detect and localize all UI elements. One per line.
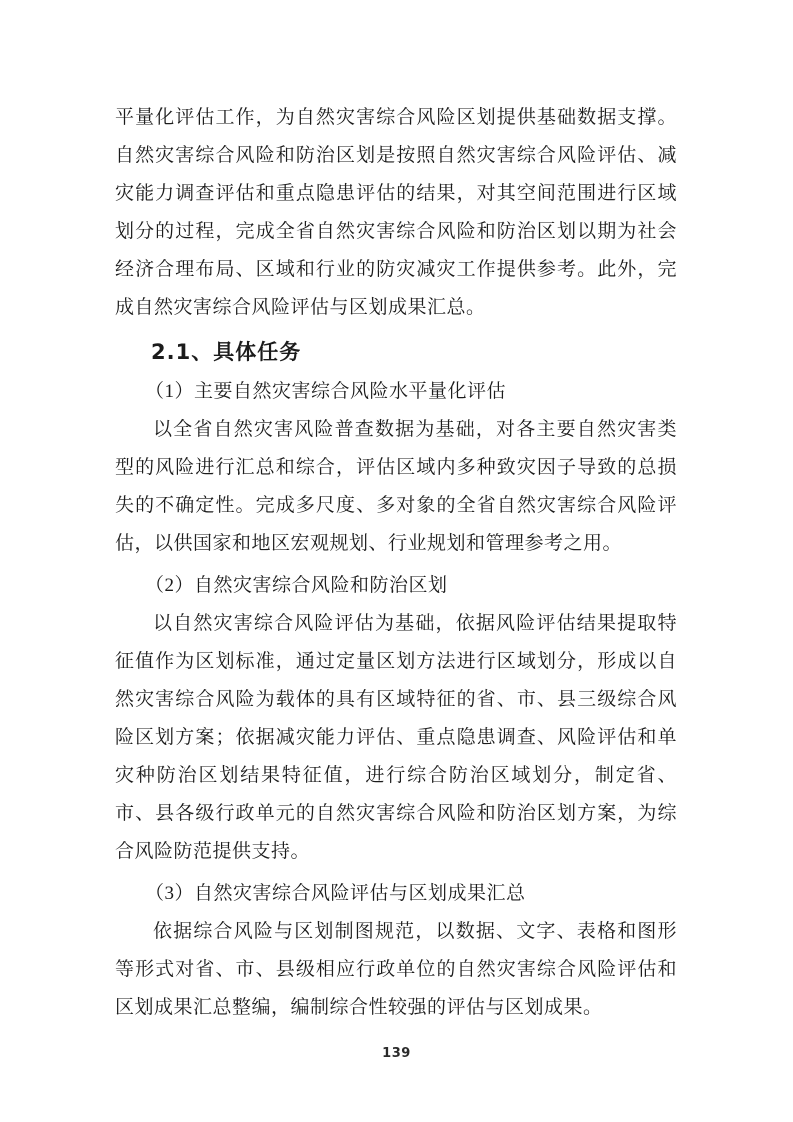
page-content: 平量化评估工作，为自然灾害综合风险区划提供基础数据支撑。自然灾害综合风险和防治区… bbox=[115, 99, 677, 1031]
page-number: 139 bbox=[0, 1046, 793, 1061]
intro-paragraph: 平量化评估工作，为自然灾害综合风险区划提供基础数据支撑。自然灾害综合风险和防治区… bbox=[115, 99, 677, 327]
document-page: 平量化评估工作，为自然灾害综合风险区划提供基础数据支撑。自然灾害综合风险和防治区… bbox=[0, 0, 793, 1122]
item-2-label: （2）自然灾害综合风险和防治区划 bbox=[115, 567, 677, 605]
item-1-body: 以全省自然灾害风险普查数据为基础，对各主要自然灾害类型的风险进行汇总和综合，评估… bbox=[115, 411, 677, 563]
item-1-label: （1）主要自然灾害综合风险水平量化评估 bbox=[115, 373, 677, 411]
item-2-body: 以自然灾害综合风险评估为基础，依据风险评估结果提取特征值作为区划标准，通过定量区… bbox=[115, 605, 677, 871]
section-heading: 2.1、具体任务 bbox=[115, 333, 677, 371]
item-3-label: （3）自然灾害综合风险评估与区划成果汇总 bbox=[115, 875, 677, 913]
item-3-body: 依据综合风险与区划制图规范，以数据、文字、表格和图形等形式对省、市、县级相应行政… bbox=[115, 913, 677, 1027]
